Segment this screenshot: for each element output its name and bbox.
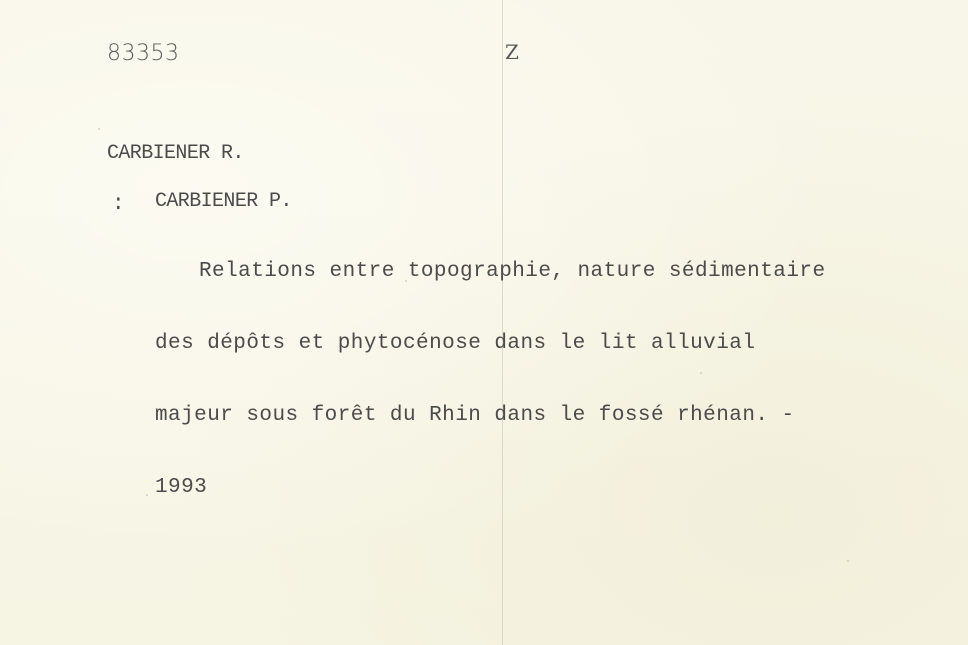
title-line: Relations entre topographie, nature sédi… (155, 260, 826, 284)
catalog-card: 83353 Z CARBIENER R. : CARBIENER P. Rela… (0, 0, 968, 645)
main-author: CARBIENER R. (107, 142, 244, 166)
coauthor: CARBIENER P. (155, 190, 292, 214)
paper-speck (146, 494, 148, 496)
title-line: majeur sous forêt du Rhin dans le fossé … (155, 404, 826, 428)
coauthor-prefix: : (112, 193, 125, 217)
paper-speck (98, 128, 100, 130)
publication-year: 1993 (155, 476, 826, 500)
title-block: Relations entre topographie, nature sédi… (155, 212, 826, 548)
call-number: 83353 (107, 42, 180, 66)
paper-speck (847, 560, 849, 562)
title-line: des dépôts et phytocénose dans le lit al… (155, 332, 826, 356)
shelf-mark: Z (505, 40, 519, 64)
